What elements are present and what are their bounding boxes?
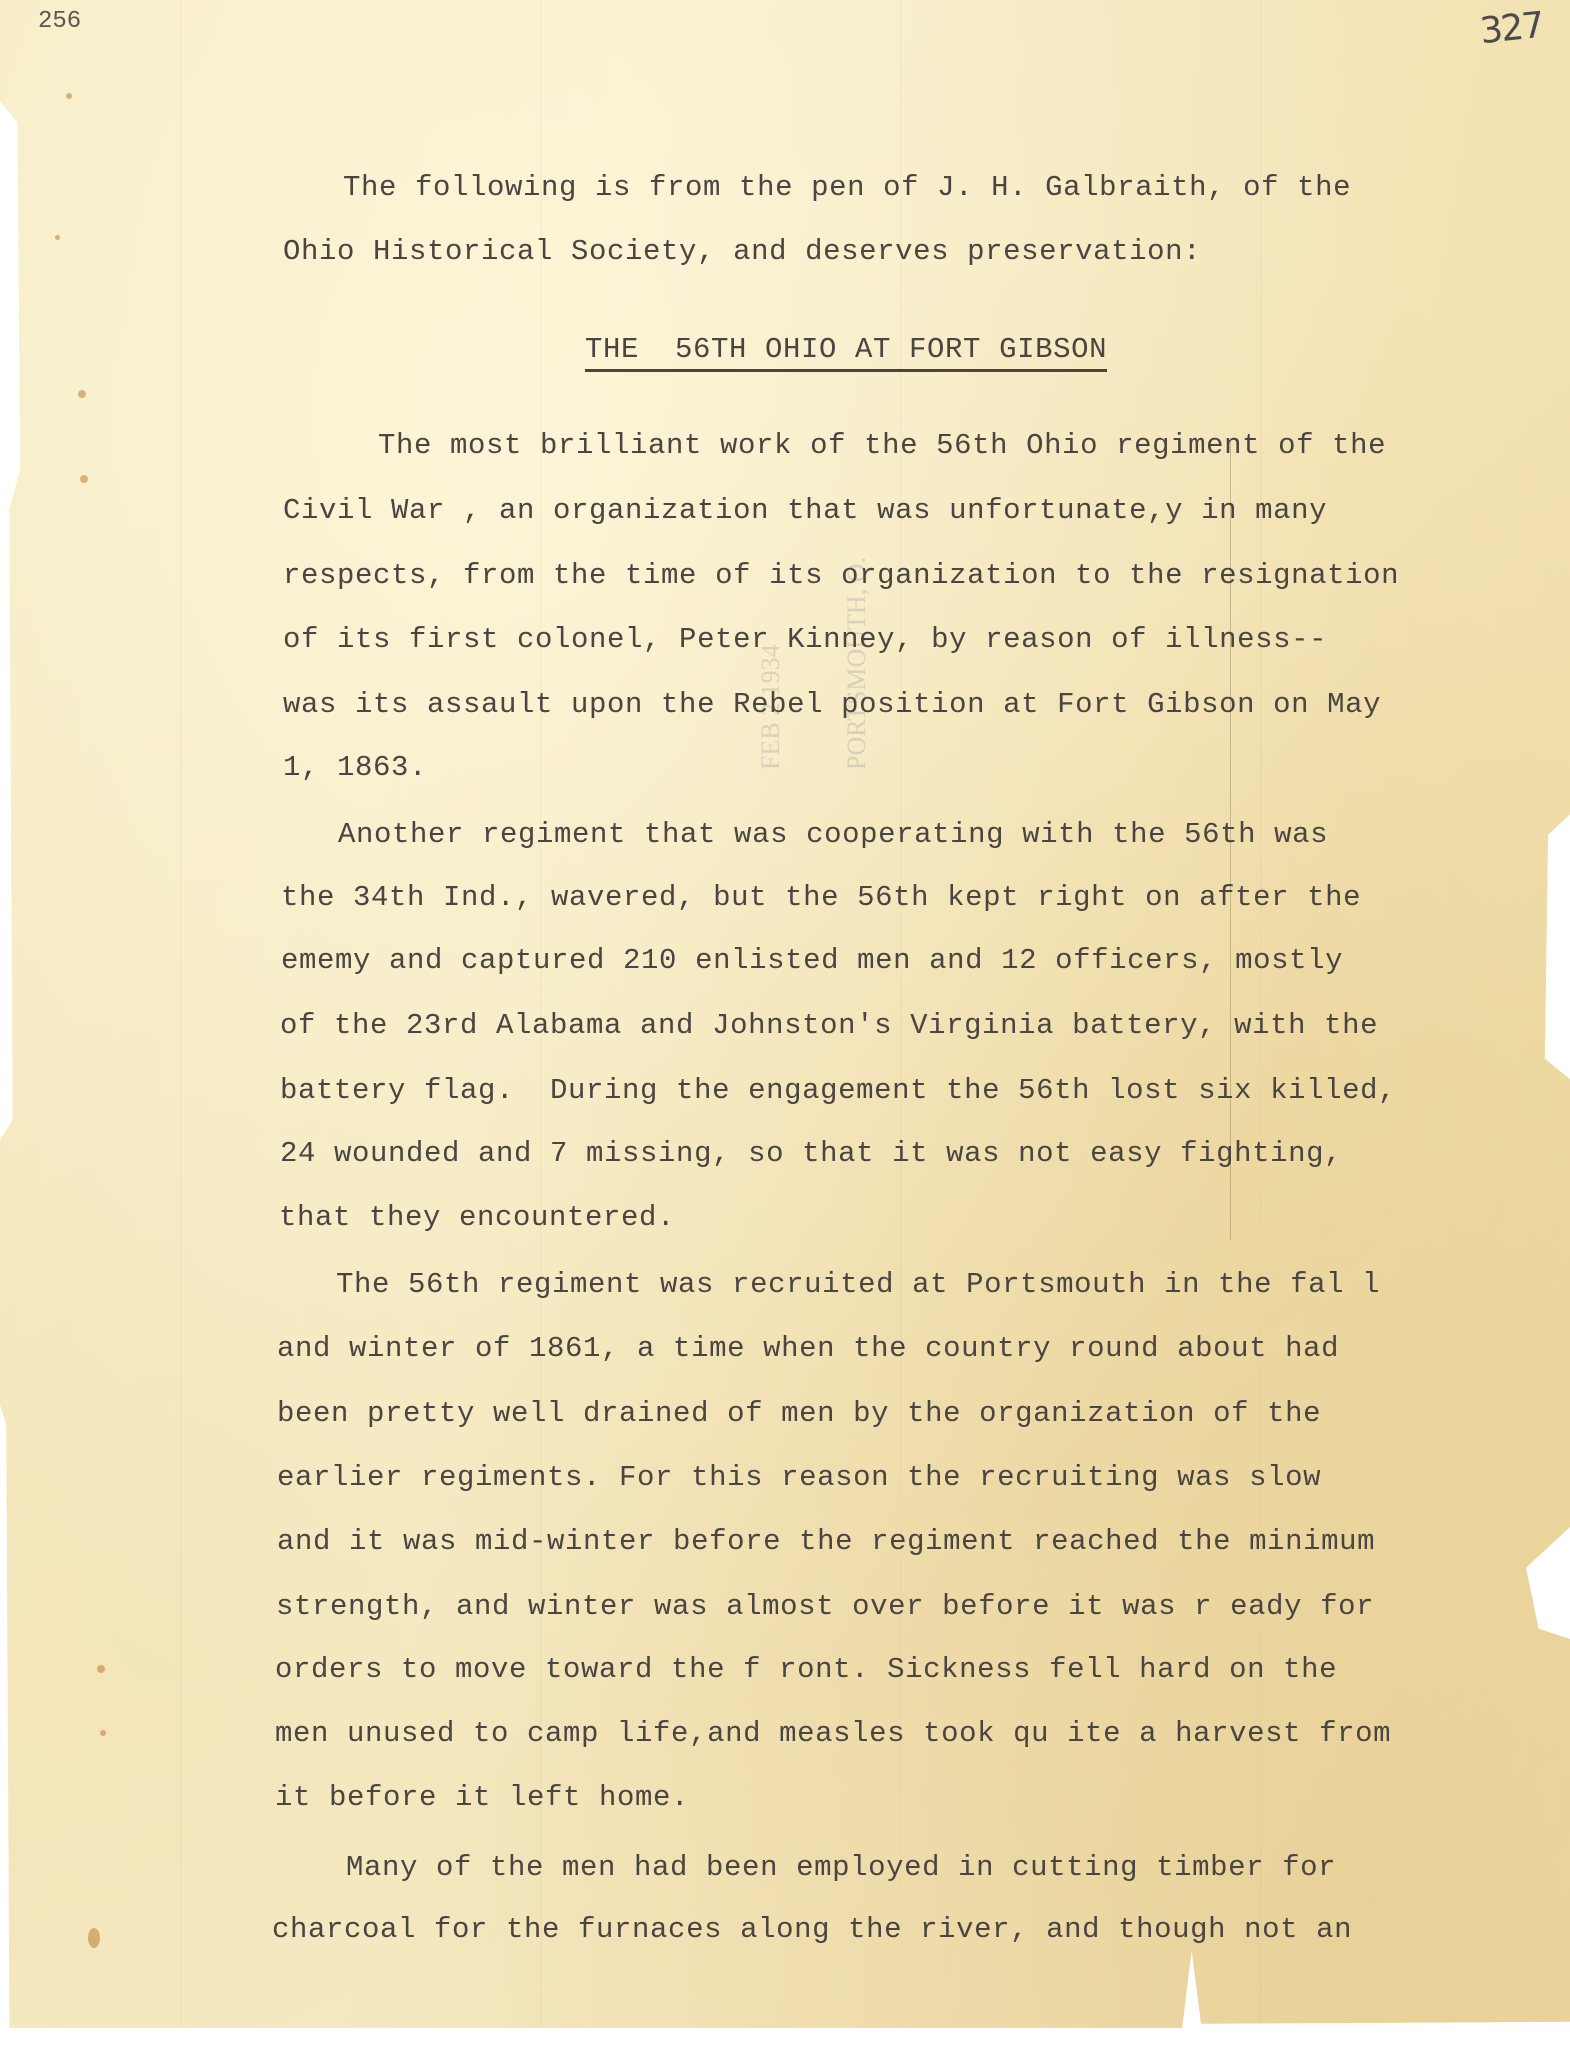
intro-line: Ohio Historical Society, and deserves pr…	[283, 237, 1201, 266]
paragraph-2-line: of the 23rd Alabama and Johnston's Virgi…	[280, 1011, 1378, 1040]
foxing-spot	[78, 390, 86, 398]
paragraph-3-line: been pretty well drained of men by the o…	[277, 1399, 1321, 1428]
paragraph-3-line: it before it left home.	[275, 1783, 689, 1812]
paragraph-2-line: Another regiment that was cooperating wi…	[338, 820, 1328, 849]
paragraph-1-line: The most brilliant work of the 56th Ohio…	[378, 431, 1386, 460]
paragraph-3-line: strength, and winter was almost over bef…	[276, 1592, 1374, 1621]
foxing-spot	[66, 93, 72, 99]
paragraph-2-line: battery flag. During the engagement the …	[280, 1076, 1396, 1105]
foxing-spot	[100, 1730, 106, 1736]
paragraph-4-line: charcoal for the furnaces along the rive…	[272, 1915, 1352, 1944]
intro-line: The following is from the pen of J. H. G…	[343, 173, 1351, 202]
paragraph-2-line: the 34th Ind., wavered, but the 56th kep…	[281, 883, 1361, 912]
handwritten-page-number: 327	[1478, 5, 1545, 52]
foxing-spot	[88, 1928, 100, 1948]
paragraph-3-line: The 56th regiment was recruited at Ports…	[336, 1270, 1380, 1299]
paragraph-1-line: of its first colonel, Peter Kinney, by r…	[283, 625, 1327, 654]
paragraph-3-line: and winter of 1861, a time when the coun…	[277, 1334, 1339, 1363]
paper-texture	[180, 0, 182, 2036]
paragraph-3-line: and it was mid-winter before the regimen…	[277, 1527, 1375, 1556]
paragraph-2-line: ememy and captured 210 enlisted men and …	[281, 946, 1343, 975]
typed-page-number: 256	[38, 8, 81, 35]
paragraph-2-line: that they encountered.	[279, 1203, 675, 1232]
paragraph-4-line: Many of the men had been employed in cut…	[346, 1853, 1336, 1882]
paragraph-3-line: orders to move toward the f ront. Sickne…	[275, 1655, 1337, 1684]
paragraph-3-line: earlier regiments. For this reason the r…	[277, 1463, 1321, 1492]
paragraph-1-line: was its assault upon the Rebel position …	[283, 690, 1381, 719]
foxing-spot	[97, 1665, 105, 1673]
foxing-spot	[80, 475, 88, 483]
paragraph-2-line: 24 wounded and 7 missing, so that it was…	[280, 1139, 1342, 1168]
document-title: THE 56TH OHIO AT FORT GIBSON	[585, 333, 1107, 372]
paragraph-1-line: Civil War , an organization that was unf…	[283, 496, 1327, 525]
foxing-spot	[55, 235, 60, 240]
document-page: 256 327 FEB 2 1934 PORTSMOUTH, O. The fo…	[0, 0, 1570, 2036]
paragraph-1-line: respects, from the time of its organizat…	[283, 561, 1399, 590]
paragraph-1-line: 1, 1863.	[283, 753, 427, 782]
paragraph-3-line: men unused to camp life,and measles took…	[275, 1719, 1391, 1748]
